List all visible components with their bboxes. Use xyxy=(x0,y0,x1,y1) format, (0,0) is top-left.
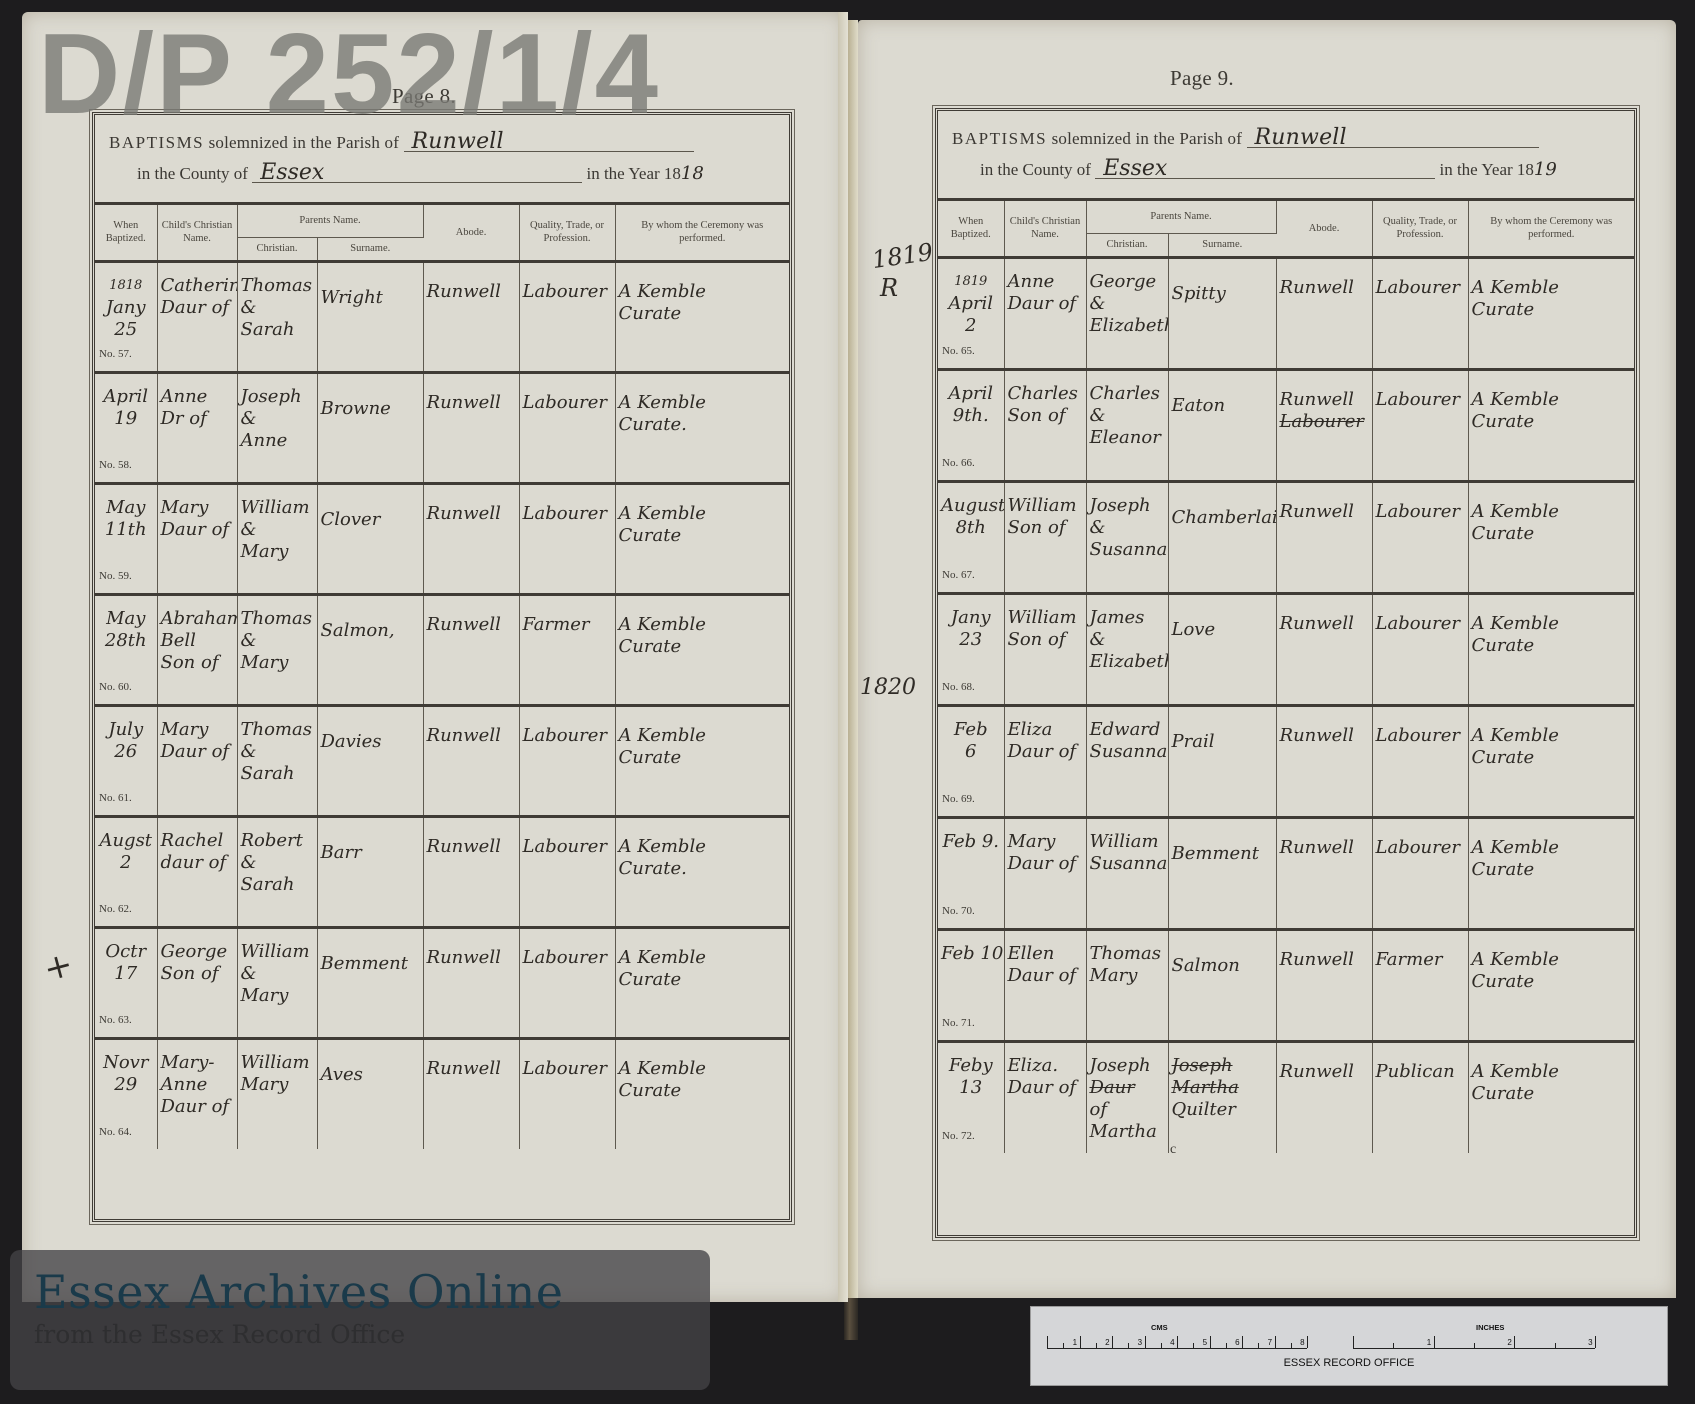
abode: Runwell xyxy=(427,503,516,525)
parents-surname-cell: Aves xyxy=(317,1038,423,1149)
child-name: Rachel xyxy=(161,830,234,852)
county-label: in the County of xyxy=(980,160,1091,179)
col-child-name: Child's Christian Name. xyxy=(157,205,237,261)
parents-christian-name: & xyxy=(241,519,314,541)
register-entry-row: Feby13No. 72.Eliza.Daur ofJosephDaurofMa… xyxy=(938,1041,1634,1153)
profession: Labourer xyxy=(523,725,612,747)
surname: Wright xyxy=(321,287,420,309)
parents-christian-name: Mary xyxy=(241,541,314,563)
parents-christian-cell: Charles&Eleanor xyxy=(1086,369,1168,481)
baptism-date: 2 xyxy=(941,315,1001,337)
surname: Bemment xyxy=(321,953,420,975)
entry-number: No. 72. xyxy=(942,1125,975,1147)
ruler-label: 2 xyxy=(1105,1338,1109,1347)
abode: Runwell xyxy=(427,836,516,858)
right-register-page: Page 9. 1819 R 1820 BAPTISMS solemnized … xyxy=(858,20,1676,1298)
parents-surname-cell: Chamberlain xyxy=(1168,481,1276,593)
ruler-half-tick xyxy=(1291,1343,1292,1348)
parents-christian-cell: WilliamSusannah xyxy=(1086,817,1168,929)
ruler-label: 8 xyxy=(1300,1338,1304,1347)
abode: Runwell xyxy=(1280,837,1369,859)
child-name: Mary xyxy=(1008,831,1083,853)
register-entry-row: Feb6No. 69.ElizaDaur ofEdwardSusannahPra… xyxy=(938,705,1634,817)
profession-cell: Labourer xyxy=(1372,257,1468,369)
officiant: Curate xyxy=(1472,747,1631,769)
abode: Runwell xyxy=(427,281,516,303)
profession-cell: Labourer xyxy=(1372,481,1468,593)
child-name: Dr of xyxy=(161,408,234,430)
parents-christian-name: George xyxy=(1090,271,1165,293)
cm-unit-label: CMS xyxy=(1151,1323,1168,1332)
child-name-cell: MaryDaur of xyxy=(157,483,237,594)
surname: Love xyxy=(1172,619,1273,641)
when-baptized-cell: Jany23No. 68. xyxy=(938,593,1004,705)
child-name: Anne xyxy=(161,1074,234,1096)
child-name: Daur of xyxy=(1008,965,1083,987)
baptism-date: 26 xyxy=(98,741,154,763)
parents-christian-name: of xyxy=(1090,1099,1165,1121)
officiant-cell: A KembleCurate xyxy=(615,261,789,372)
baptism-register-table-right: BAPTISMS solemnized in the Parish of Run… xyxy=(935,108,1637,1238)
profession-cell: Labourer xyxy=(519,372,615,483)
col-when-baptized: When Baptized. xyxy=(95,205,157,261)
baptism-date: April xyxy=(98,386,154,408)
officiant-cell: A KembleCurate xyxy=(615,483,789,594)
register-title: BAPTISMS xyxy=(952,129,1047,148)
baptism-date: Feby xyxy=(941,1055,1001,1077)
when-baptized-cell: April19No. 58. xyxy=(95,372,157,483)
child-name-cell: CatherineDaur of xyxy=(157,261,237,372)
ruler-label: 4 xyxy=(1170,1338,1174,1347)
baptism-date: 28th xyxy=(98,630,154,652)
baptism-date: Feb 10 xyxy=(941,943,1001,965)
abode-cell: Runwell xyxy=(1276,593,1372,705)
register-entry-row: Feb 9.No. 70.MaryDaur ofWilliamSusannahB… xyxy=(938,817,1634,929)
profession-cell: Labourer xyxy=(519,816,615,927)
officiant: Curate. xyxy=(619,858,786,880)
margin-note-year-1819: 1819 xyxy=(870,238,934,274)
surname: Spitty xyxy=(1172,283,1273,305)
when-baptized-cell: Feb6No. 69. xyxy=(938,705,1004,817)
child-name: William xyxy=(1008,495,1083,517)
child-name: Abraham xyxy=(161,608,234,630)
profession-cell: Publican xyxy=(1372,1041,1468,1153)
officiant: Curate xyxy=(1472,859,1631,881)
entry-number: No. 62. xyxy=(99,898,132,920)
baptism-date: Novr xyxy=(98,1052,154,1074)
profession-cell: Farmer xyxy=(1372,929,1468,1041)
ruler-label: 6 xyxy=(1235,1338,1239,1347)
ruler-label: 1 xyxy=(1427,1338,1431,1347)
when-baptized-cell: 1818Jany25No. 57. xyxy=(95,261,157,372)
child-name: Bell xyxy=(161,630,234,652)
officiant: A Kemble xyxy=(619,392,786,414)
child-name: Mary- xyxy=(161,1052,234,1074)
parents-surname-cell: Salmon xyxy=(1168,929,1276,1041)
year-field: 19 xyxy=(1534,159,1557,180)
officiant: A Kemble xyxy=(1472,949,1631,971)
parents-christian-name: Charles xyxy=(1090,383,1165,405)
parents-christian-name: & xyxy=(241,630,314,652)
profession: Publican xyxy=(1376,1061,1465,1083)
officiant: Curate xyxy=(619,303,786,325)
entry-number: No. 58. xyxy=(99,454,132,476)
child-name-cell: MaryDaur of xyxy=(157,705,237,816)
ruler-half-tick xyxy=(1128,1343,1129,1348)
signature-mark: c xyxy=(1170,1142,1176,1158)
col-child-name: Child's Christian Name. xyxy=(1004,201,1086,257)
baptism-date: 17 xyxy=(98,963,154,985)
parents-christian-name: Robert xyxy=(241,830,314,852)
parents-christian-name: & xyxy=(241,963,314,985)
parents-christian-name: & xyxy=(241,297,314,319)
parents-christian-name: Sarah xyxy=(241,763,314,785)
parents-surname-cell: Love xyxy=(1168,593,1276,705)
child-name: Anne xyxy=(161,386,234,408)
entry-year: 1818 xyxy=(98,275,154,297)
child-name: Mary xyxy=(161,719,234,741)
officiant-cell: A KembleCurate xyxy=(1468,369,1634,481)
child-name: Son of xyxy=(161,652,234,674)
parents-christian-name: Mary xyxy=(241,652,314,674)
ruler-label: 3 xyxy=(1138,1338,1142,1347)
when-baptized-cell: Feb 9.No. 70. xyxy=(938,817,1004,929)
baptism-date: Octr xyxy=(98,941,154,963)
when-baptized-cell: Feb 10No. 71. xyxy=(938,929,1004,1041)
officiant: Curate xyxy=(1472,299,1631,321)
parents-christian-name: & xyxy=(1090,405,1165,427)
profession: Labourer xyxy=(1376,613,1465,635)
profession: Labourer xyxy=(523,392,612,414)
profession: Labourer xyxy=(1376,501,1465,523)
abode-cell: Runwell xyxy=(423,705,519,816)
officiant-cell: A KembleCurate. xyxy=(615,816,789,927)
ruler-tick xyxy=(1080,1336,1081,1348)
baptism-date: Feb 9. xyxy=(941,831,1001,853)
parents-surname-cell: Clover xyxy=(317,483,423,594)
abode: Runwell xyxy=(1280,949,1369,971)
baptism-date: 9th. xyxy=(941,405,1001,427)
surname: Browne xyxy=(321,398,420,420)
parents-christian-cell: ThomasMary xyxy=(1086,929,1168,1041)
child-name-cell: AnneDr of xyxy=(157,372,237,483)
child-name-cell: CharlesSon of xyxy=(1004,369,1086,481)
when-baptized-cell: May28thNo. 60. xyxy=(95,594,157,705)
surname: Prail xyxy=(1172,731,1273,753)
child-name: Daur of xyxy=(1008,741,1083,763)
entry-number: No. 63. xyxy=(99,1009,132,1031)
baptism-entries-table: When Baptized. Child's Christian Name. P… xyxy=(938,201,1634,1153)
parents-christian-cell: James&Elizabeth xyxy=(1086,593,1168,705)
child-name-cell: WilliamSon of xyxy=(1004,593,1086,705)
when-baptized-cell: Octr17No. 63. xyxy=(95,927,157,1038)
parents-christian-name: William xyxy=(1090,831,1165,853)
ruler-label: 7 xyxy=(1268,1338,1272,1347)
abode-cell: Runwell xyxy=(423,594,519,705)
col-parents-christian: Christian. xyxy=(1086,233,1168,257)
baptism-date: 8th xyxy=(941,517,1001,539)
ruler-tick xyxy=(1210,1336,1211,1348)
officiant: A Kemble xyxy=(619,947,786,969)
margin-note-initial: R xyxy=(880,274,898,302)
child-name: Daur of xyxy=(1008,853,1083,875)
parents-christian-name: Thomas xyxy=(1090,943,1165,965)
parents-christian-cell: Thomas&Mary xyxy=(237,594,317,705)
ruler-tick xyxy=(1514,1336,1515,1348)
baptism-date: Feb xyxy=(941,719,1001,741)
abode: Runwell xyxy=(427,725,516,747)
parents-christian-name: Susannah xyxy=(1090,853,1165,875)
parents-christian-name: Martha xyxy=(1090,1121,1165,1143)
parents-christian-cell: Robert&Sarah xyxy=(237,816,317,927)
profession-cell: Labourer xyxy=(519,261,615,372)
surname: Chamberlain xyxy=(1172,507,1273,529)
child-name: Son of xyxy=(1008,517,1083,539)
ruler-tick xyxy=(1242,1336,1243,1348)
officiant: Curate xyxy=(619,1080,786,1102)
baptism-date: 11th xyxy=(98,519,154,541)
baptism-date: 23 xyxy=(941,629,1001,651)
profession-cell: Labourer xyxy=(1372,705,1468,817)
surname: Quilter xyxy=(1172,1099,1273,1121)
baptism-date: July xyxy=(98,719,154,741)
baptism-date: 19 xyxy=(98,408,154,430)
officiant: A Kemble xyxy=(619,503,786,525)
child-name-cell: WilliamSon of xyxy=(1004,481,1086,593)
child-name: Daur of xyxy=(161,519,234,541)
surname: Martha xyxy=(1172,1077,1273,1099)
year-field: 18 xyxy=(681,163,704,184)
officiant-cell: A KembleCurate. xyxy=(615,372,789,483)
child-name: Daur of xyxy=(1008,1077,1083,1099)
ruler-label: 5 xyxy=(1203,1338,1207,1347)
baptism-date: 25 xyxy=(98,319,154,341)
parents-christian-name: Joseph xyxy=(1090,1055,1165,1077)
profession: Farmer xyxy=(1376,949,1465,971)
page-number: Page 9. xyxy=(1170,66,1234,91)
abode: Runwell xyxy=(427,947,516,969)
child-name: Eliza. xyxy=(1008,1055,1083,1077)
ruler-half-tick xyxy=(1096,1343,1097,1348)
baptism-date: Augst xyxy=(98,830,154,852)
baptism-date: May xyxy=(98,497,154,519)
solemnized-label: solemnized in the Parish of xyxy=(209,133,399,152)
margin-cross-mark: + xyxy=(39,944,77,990)
abode-cell: Runwell xyxy=(423,261,519,372)
parents-christian-name: Thomas xyxy=(241,608,314,630)
when-baptized-cell: Novr29No. 64. xyxy=(95,1038,157,1149)
col-parents-surname: Surname. xyxy=(317,237,423,261)
parents-christian-name: Susannah xyxy=(1090,539,1165,561)
parents-christian-name: & xyxy=(1090,517,1165,539)
parents-christian-name: James xyxy=(1090,607,1165,629)
parents-surname-cell: Barr xyxy=(317,816,423,927)
parents-christian-name: Sarah xyxy=(241,319,314,341)
col-ceremony-by: By whom the Ceremony was performed. xyxy=(1468,201,1634,257)
child-name: Daur of xyxy=(161,741,234,763)
ruler-half-tick xyxy=(1393,1343,1394,1348)
child-name: Son of xyxy=(161,963,234,985)
when-baptized-cell: Feby13No. 72. xyxy=(938,1041,1004,1153)
surname: Clover xyxy=(321,509,420,531)
child-name-cell: Racheldaur of xyxy=(157,816,237,927)
abode-cell: Runwell xyxy=(1276,929,1372,1041)
county-label: in the County of xyxy=(137,164,248,183)
inch-ruler: 123 xyxy=(1353,1335,1595,1349)
col-abode: Abode. xyxy=(423,205,519,261)
ruler-half-tick xyxy=(1161,1343,1162,1348)
parents-surname-cell: Spitty xyxy=(1168,257,1276,369)
entry-number: No. 64. xyxy=(99,1121,132,1143)
col-quality: Quality, Trade, or Profession. xyxy=(1372,201,1468,257)
col-abode: Abode. xyxy=(1276,201,1372,257)
surname: Joseph xyxy=(1172,1055,1273,1077)
parents-christian-name: William xyxy=(241,497,314,519)
officiant: A Kemble xyxy=(1472,277,1631,299)
abode-cell: Runwell xyxy=(1276,257,1372,369)
profession: Labourer xyxy=(523,503,612,525)
parents-christian-cell: Joseph&Anne xyxy=(237,372,317,483)
register-heading: BAPTISMS solemnized in the Parish of Run… xyxy=(95,115,789,205)
child-name-cell: GeorgeSon of xyxy=(157,927,237,1038)
abode: Runwell xyxy=(1280,1061,1369,1083)
year-label: in the Year 18 xyxy=(1439,160,1533,179)
cm-ruler: 12345678 xyxy=(1047,1335,1307,1349)
abode-cell: Runwell xyxy=(423,483,519,594)
entry-number: No. 70. xyxy=(942,900,975,922)
officiant-cell: A KembleCurate xyxy=(1468,929,1634,1041)
baptism-date: Jany xyxy=(98,297,154,319)
parents-surname-cell: JosephMarthaQuilter xyxy=(1168,1041,1276,1153)
child-name: Eliza xyxy=(1008,719,1083,741)
ruler-tick xyxy=(1434,1336,1435,1348)
parents-christian-cell: JosephDaurofMartha xyxy=(1086,1041,1168,1153)
child-name-cell: AnneDaur of xyxy=(1004,257,1086,369)
officiant: Curate xyxy=(619,525,786,547)
register-entry-row: 1819April2No. 65.AnneDaur ofGeorge&Eliza… xyxy=(938,257,1634,369)
child-name: Mary xyxy=(161,497,234,519)
officiant: A Kemble xyxy=(1472,613,1631,635)
parents-christian-name: & xyxy=(1090,293,1165,315)
baptism-date: May xyxy=(98,608,154,630)
parents-christian-cell: George&Elizabeth xyxy=(1086,257,1168,369)
inch-unit-label: INCHES xyxy=(1476,1323,1504,1332)
entry-number: No. 60. xyxy=(99,676,132,698)
watermark-title: Essex Archives Online xyxy=(34,1264,710,1320)
parents-surname-cell: Wright xyxy=(317,261,423,372)
officiant-cell: A KembleCurate xyxy=(1468,817,1634,929)
entry-number: No. 61. xyxy=(99,787,132,809)
year-label: in the Year 18 xyxy=(586,164,680,183)
abode-cell: RunwellLabourer xyxy=(1276,369,1372,481)
abode-cell: Runwell xyxy=(423,816,519,927)
child-name-cell: Eliza.Daur of xyxy=(1004,1041,1086,1153)
profession: Labourer xyxy=(523,947,612,969)
ruler-tick xyxy=(1353,1336,1354,1348)
abode-struck: Labourer xyxy=(1280,411,1369,433)
entry-number: No. 57. xyxy=(99,343,132,365)
child-name: Ellen xyxy=(1008,943,1083,965)
baptism-date: 2 xyxy=(98,852,154,874)
officiant: A Kemble xyxy=(619,725,786,747)
scale-bar-label: ESSEX RECORD OFFICE xyxy=(1031,1357,1667,1369)
ruler-half-tick xyxy=(1474,1343,1475,1348)
parents-christian-name: Mary xyxy=(1090,965,1165,987)
register-entry-row: Jany23No. 68.WilliamSon ofJames&Elizabet… xyxy=(938,593,1634,705)
child-name: Daur of xyxy=(161,1096,234,1118)
officiant: Curate xyxy=(619,636,786,658)
register-title: BAPTISMS xyxy=(109,133,204,152)
baptism-date: Jany xyxy=(941,607,1001,629)
col-quality: Quality, Trade, or Profession. xyxy=(519,205,615,261)
register-entry-row: April19No. 58.AnneDr ofJoseph&AnneBrowne… xyxy=(95,372,789,483)
ruler-tick xyxy=(1177,1336,1178,1348)
profession-cell: Labourer xyxy=(519,705,615,816)
parents-christian-name: & xyxy=(241,852,314,874)
officiant: Curate xyxy=(619,969,786,991)
parents-christian-name: Anne xyxy=(241,430,314,452)
child-name: daur of xyxy=(161,852,234,874)
officiant: A Kemble xyxy=(619,836,786,858)
county-field: Essex xyxy=(252,164,582,183)
ruler-tick xyxy=(1307,1336,1308,1348)
profession-cell: Labourer xyxy=(519,483,615,594)
baptism-date: 29 xyxy=(98,1074,154,1096)
register-entry-row: May11thNo. 59.MaryDaur ofWilliam&MaryClo… xyxy=(95,483,789,594)
baptism-date: August xyxy=(941,495,1001,517)
officiant: A Kemble xyxy=(619,1058,786,1080)
officiant: A Kemble xyxy=(1472,1061,1631,1083)
abode-cell: Runwell xyxy=(1276,481,1372,593)
page-number: Page 8. xyxy=(392,84,456,109)
profession: Labourer xyxy=(1376,389,1465,411)
child-name: Son of xyxy=(1008,629,1083,651)
ruler-tick xyxy=(1047,1336,1048,1348)
profession: Labourer xyxy=(1376,277,1465,299)
county-field: Essex xyxy=(1095,160,1435,179)
officiant-cell: A KembleCurate xyxy=(1468,1041,1634,1153)
officiant: A Kemble xyxy=(1472,389,1631,411)
profession: Farmer xyxy=(523,614,612,636)
parents-christian-cell: William&Mary xyxy=(237,483,317,594)
register-entry-row: 1818Jany25No. 57.CatherineDaur ofThomas&… xyxy=(95,261,789,372)
parents-surname-cell: Salmon, xyxy=(317,594,423,705)
col-parents-surname: Surname. xyxy=(1168,233,1276,257)
ruler-tick xyxy=(1145,1336,1146,1348)
profession-cell: Labourer xyxy=(1372,593,1468,705)
abode-cell: Runwell xyxy=(1276,817,1372,929)
officiant-cell: A KembleCurate xyxy=(1468,481,1634,593)
officiant: Curate xyxy=(619,747,786,769)
parents-christian-name: Edward xyxy=(1090,719,1165,741)
abode: Runwell xyxy=(1280,389,1369,411)
child-name-cell: EllenDaur of xyxy=(1004,929,1086,1041)
register-entry-row: July26No. 61.MaryDaur ofThomas&SarahDavi… xyxy=(95,705,789,816)
parents-christian-name: Susannah xyxy=(1090,741,1165,763)
officiant: A Kemble xyxy=(1472,837,1631,859)
surname: Davies xyxy=(321,731,420,753)
baptism-entries-table: When Baptized. Child's Christian Name. P… xyxy=(95,205,789,1149)
parents-surname-cell: Bemment xyxy=(1168,817,1276,929)
ruler-half-tick xyxy=(1555,1343,1556,1348)
parents-christian-name: Elizabeth xyxy=(1090,315,1165,337)
entry-number: No. 71. xyxy=(942,1012,975,1034)
measurement-scale-bar: CMS 12345678 INCHES 123 ESSEX RECORD OFF… xyxy=(1030,1306,1668,1386)
parents-christian-name: William xyxy=(241,1052,314,1074)
parents-christian-name: Sarah xyxy=(241,874,314,896)
ruler-tick xyxy=(1275,1336,1276,1348)
when-baptized-cell: April9th.No. 66. xyxy=(938,369,1004,481)
